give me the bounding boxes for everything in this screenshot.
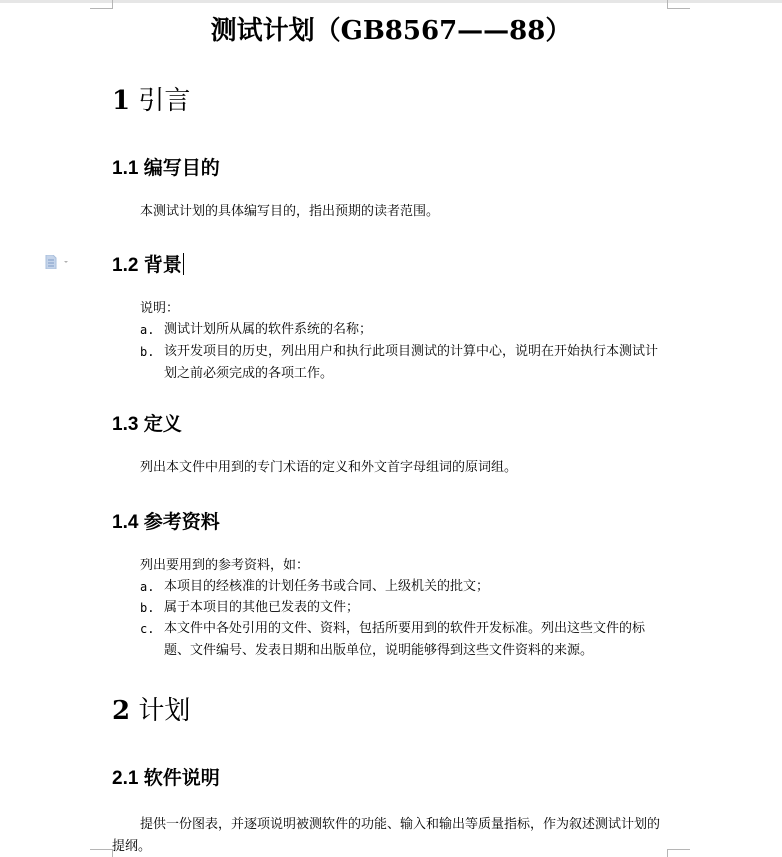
heading-number: 1: [112, 86, 130, 116]
top-ruler-bar: [0, 0, 782, 3]
page-corner-mark: [90, 0, 113, 9]
list-item[interactable]: b. 该开发项目的历史，列出用户和执行此项目测试的计算中心，说明在开始执行本测试…: [140, 341, 670, 385]
list-item[interactable]: a. 测试计划所从属的软件系统的名称；: [140, 319, 670, 341]
list-marker: b.: [140, 341, 164, 363]
heading-1-introduction: 1 引言: [112, 80, 190, 117]
heading-text: 1.2 背景: [112, 255, 182, 276]
heading-number: 2: [112, 696, 130, 726]
heading-2-plan: 2 计划: [112, 690, 190, 727]
paragraph-background-intro[interactable]: 说明：: [140, 298, 700, 320]
list-text: 该开发项目的历史，列出用户和执行此项目测试的计算中心，说明在开始执行本测试计划之…: [140, 341, 670, 385]
heading-1-4: 1.4 参考资料: [112, 507, 220, 534]
list-text: 本项目的经核准的计划任务书或合同、上级机关的批文；: [140, 576, 670, 598]
page-corner-mark: [667, 849, 690, 857]
list-marker: a.: [140, 576, 164, 598]
heading-1-1: 1.1 编写目的: [112, 153, 220, 180]
heading-text: 计划: [138, 696, 190, 726]
document-icon: [45, 255, 75, 269]
list-text: 属于本项目的其他已发表的文件；: [140, 597, 670, 619]
list-item[interactable]: a. 本项目的经核准的计划任务书或合同、上级机关的批文；: [140, 576, 670, 598]
heading-2-1: 2.1 软件说明: [112, 763, 220, 790]
heading-1-2[interactable]: 1.2 背景: [112, 250, 184, 277]
list-item[interactable]: b. 属于本项目的其他已发表的文件；: [140, 597, 670, 619]
text-cursor: [183, 253, 184, 275]
list-item[interactable]: c. 本文件中各处引用的文件、资料，包括所要用到的软件开发标准。列出这些文件的标…: [140, 618, 670, 662]
document-title: 测试计划（GB8567——88）: [0, 10, 782, 47]
page-corner-mark: [90, 849, 113, 857]
paragraph-references-intro[interactable]: 列出要用到的参考资料，如：: [140, 555, 700, 577]
heading-1-3: 1.3 定义: [112, 409, 182, 436]
heading-text: 引言: [138, 86, 190, 116]
list-text: 测试计划所从属的软件系统的名称；: [140, 319, 670, 341]
list-text: 本文件中各处引用的文件、资料，包括所要用到的软件开发标准。列出这些文件的标题、文…: [140, 618, 670, 662]
list-marker: b.: [140, 597, 164, 619]
paragraph-purpose[interactable]: 本测试计划的具体编写目的，指出预期的读者范围。: [112, 201, 672, 223]
paragraph-definitions[interactable]: 列出本文件中用到的专门术语的定义和外文首字母组词的原词组。: [112, 457, 672, 479]
list-marker: a.: [140, 319, 164, 341]
list-marker: c.: [140, 618, 164, 640]
page-corner-mark: [667, 0, 690, 9]
paragraph-options-button[interactable]: [45, 254, 75, 268]
paragraph-software-description[interactable]: 提供一份图表，并逐项说明被测软件的功能、输入和输出等质量指标，作为叙述测试计划的…: [112, 814, 667, 857]
